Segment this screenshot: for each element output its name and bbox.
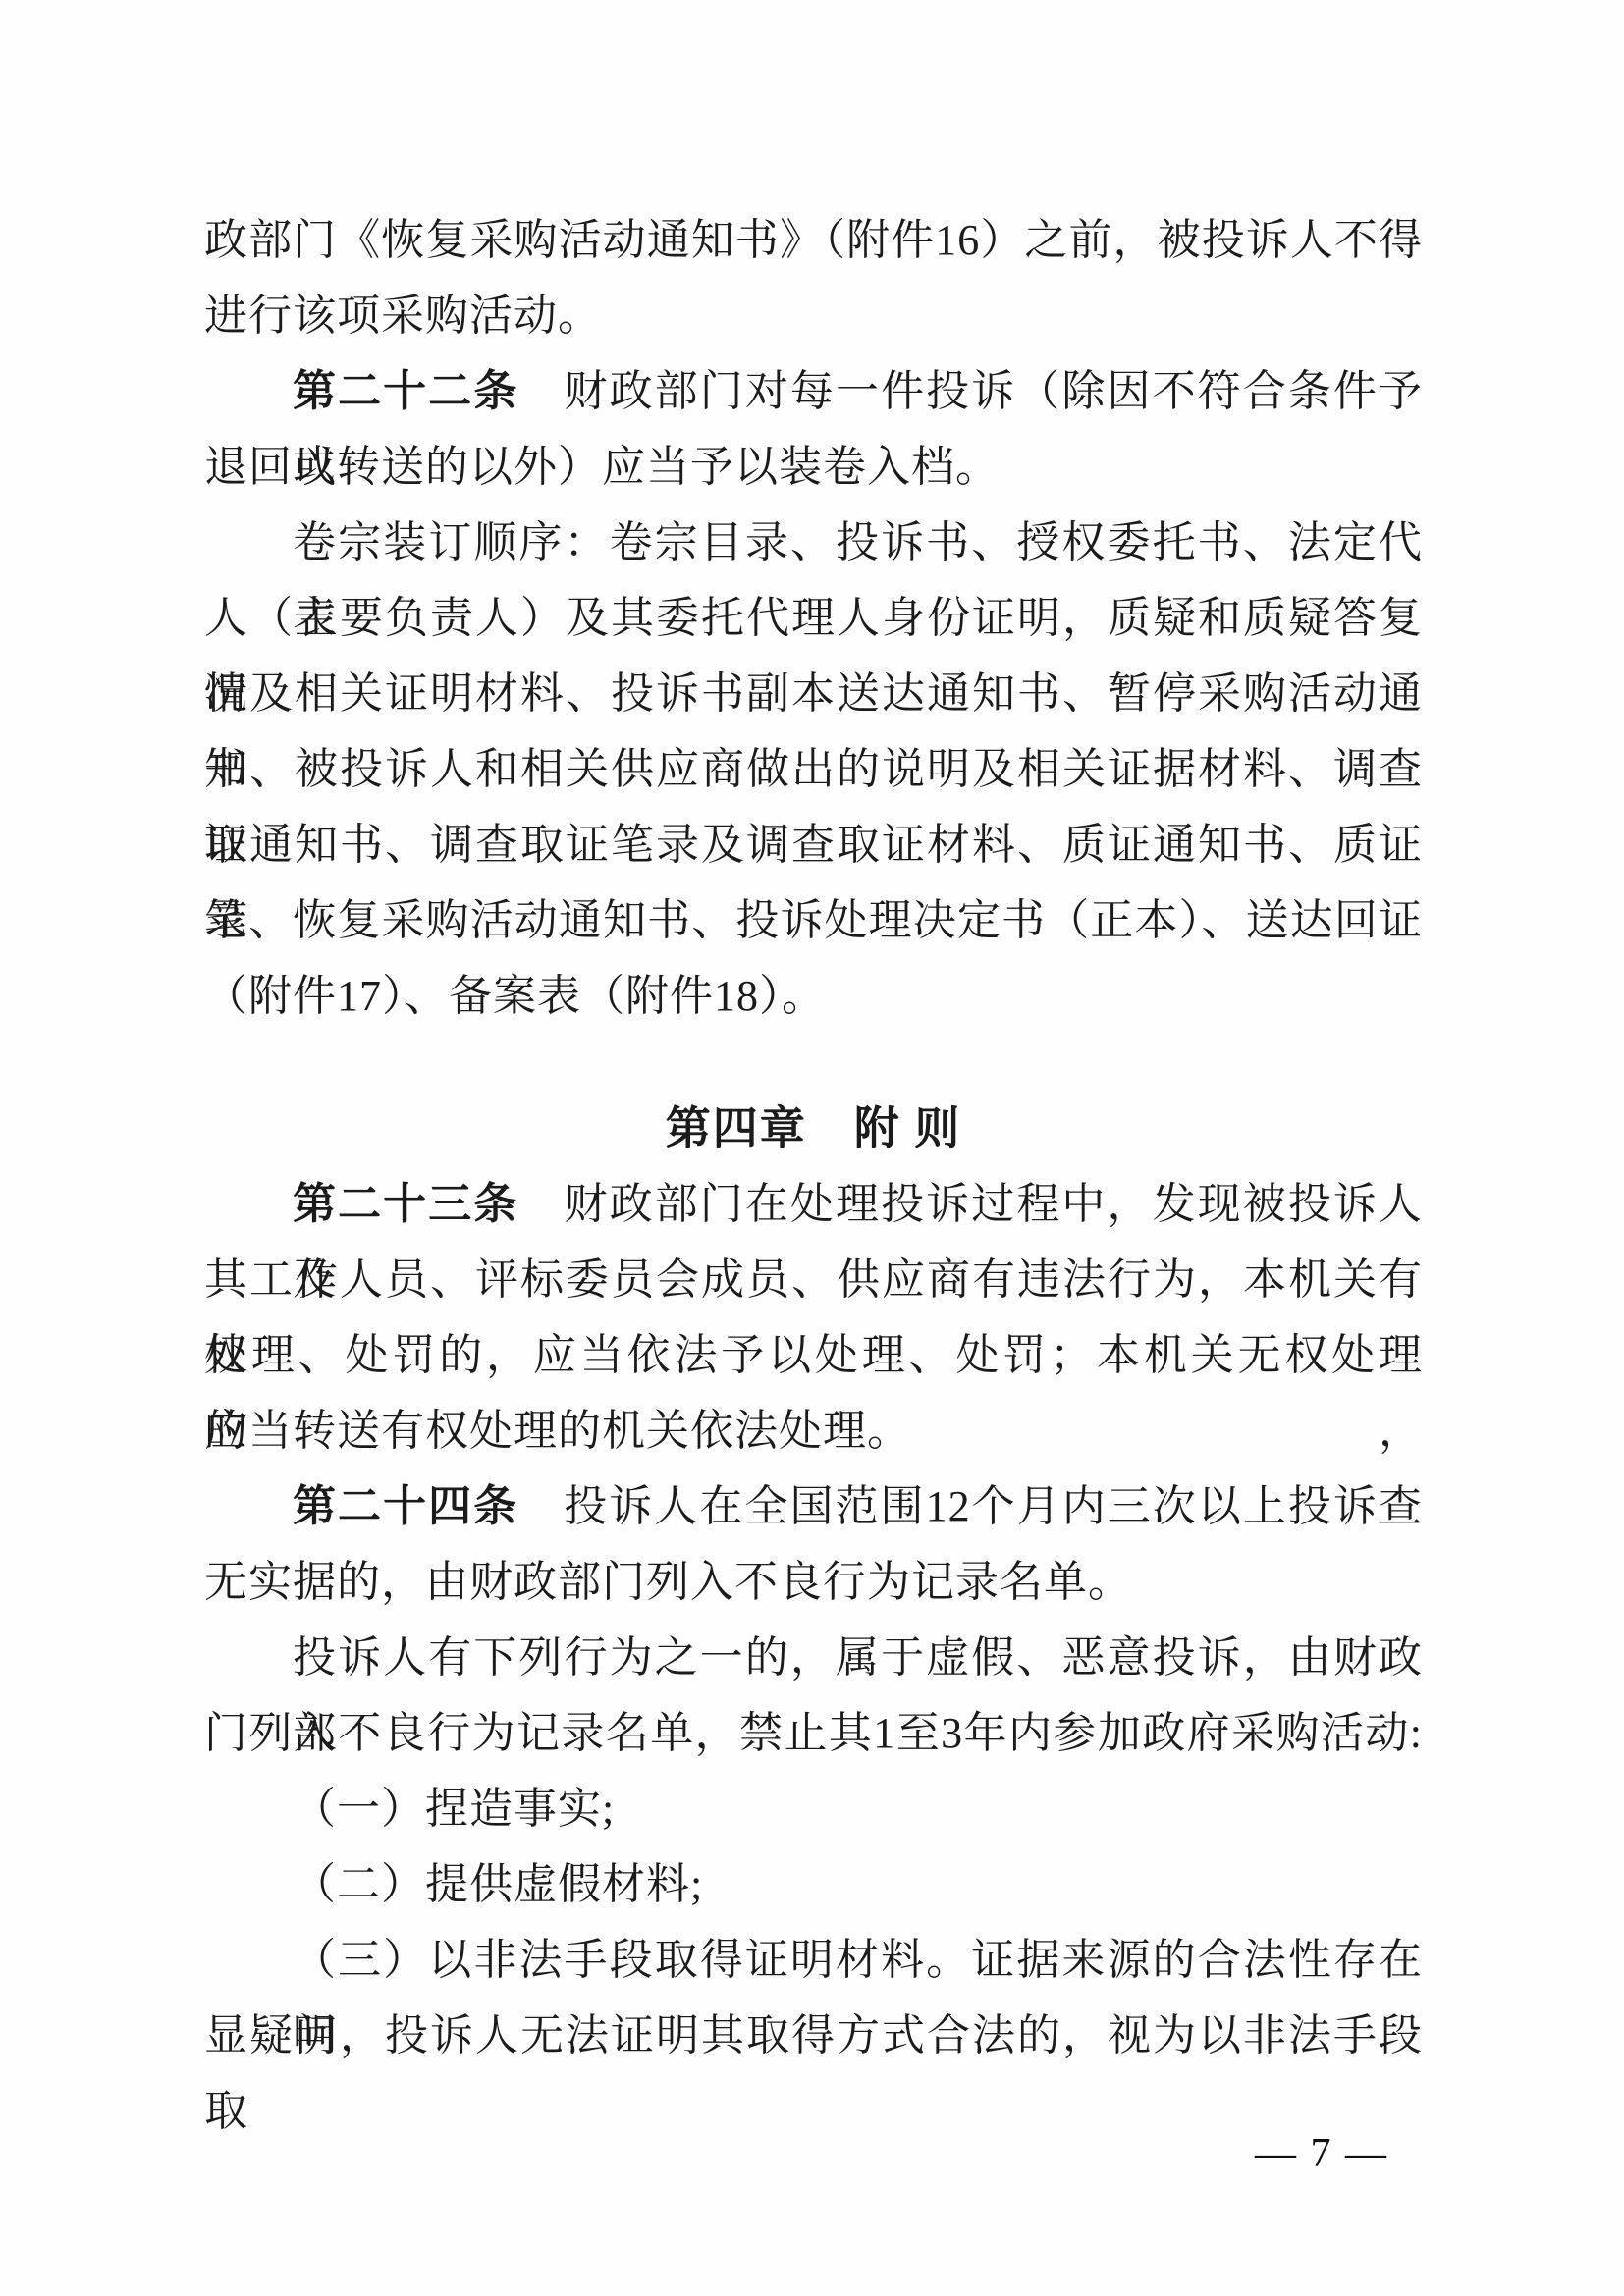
text-line: 第二十三条 财政部门在处理投诉过程中，发现被投诉人及 <box>204 1166 1423 1242</box>
text-line: 卷宗装订顺序：卷宗目录、投诉书、授权委托书、法定代表 <box>204 505 1423 580</box>
text-line: 第二十四条 投诉人在全国范围12个月内三次以上投诉查 <box>204 1468 1423 1544</box>
text-line: 政部门《恢复采购活动通知书》（附件16）之前，被投诉人不得 <box>204 202 1423 278</box>
text-line: 无实据的，由财政部门列入不良行为记录名单。 <box>204 1544 1423 1620</box>
text-line: （附件17）、备案表（附件18）。 <box>204 958 1423 1034</box>
article-number: 第二十四条 <box>293 1482 518 1530</box>
text-line: 第二十二条 财政部门对每一件投诉（除因不符合条件予以 <box>204 353 1423 429</box>
document-body: 政部门《恢复采购活动通知书》（附件16）之前，被投诉人不得进行该项采购活动。第二… <box>204 202 1423 2073</box>
text-line: 证通知书、调查取证笔录及调查取证材料、质证通知书、质证笔 <box>204 807 1423 882</box>
text-line: （三）以非法手段取得证明材料。证据来源的合法性存在明 <box>204 1922 1423 1998</box>
text-line: 门列入不良行为记录名单，禁止其1至3年内参加政府采购活动: <box>204 1695 1423 1771</box>
text-line: （一）捏造事实; <box>204 1771 1423 1846</box>
page-number: — 7 — <box>1255 2118 1388 2189</box>
text-line: 况及相关证明材料、投诉书副本送达通知书、暂停采购活动通知 <box>204 656 1423 731</box>
text-line: 其工作人员、评标委员会成员、供应商有违法行为，本机关有权 <box>204 1242 1423 1317</box>
text-line: 退回或转送的以外）应当予以装卷入档。 <box>204 429 1423 505</box>
text-line: 书、被投诉人和相关供应商做出的说明及相关证据材料、调查取 <box>204 731 1423 807</box>
chapter-heading: 第四章 附 则 <box>204 1091 1423 1166</box>
text-line: 显疑问，投诉人无法证明其取得方式合法的，视为以非法手段取 <box>204 1998 1423 2073</box>
document-page: 政部门《恢复采购活动通知书》（附件16）之前，被投诉人不得进行该项采购活动。第二… <box>0 0 1624 2296</box>
text-line: 进行该项采购活动。 <box>204 278 1423 353</box>
text-line: 投诉人有下列行为之一的，属于虚假、恶意投诉，由财政部 <box>204 1620 1423 1695</box>
text-line: 人（主要负责人）及其委托代理人身份证明，质疑和质疑答复情 <box>204 580 1423 656</box>
article-number: 第二十三条 <box>293 1180 518 1228</box>
text-line: 处理、处罚的，应当依法予以处理、处罚；本机关无权处理的， <box>204 1317 1423 1393</box>
text-line: 录、恢复采购活动通知书、投诉处理决定书（正本）、送达回证 <box>204 882 1423 958</box>
article-number: 第二十二条 <box>293 367 518 415</box>
text-line: （二）提供虚假材料; <box>204 1846 1423 1922</box>
